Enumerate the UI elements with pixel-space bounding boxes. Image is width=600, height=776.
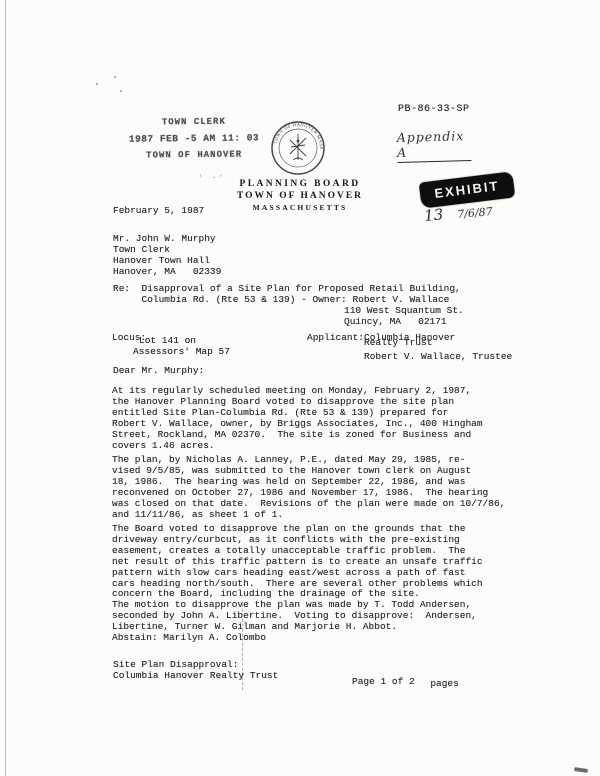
scan-corner-mark (574, 767, 588, 773)
scan-edge-line (5, 0, 6, 776)
subject-line: Re: Disapproval of a Site Plan for Propo… (113, 284, 461, 306)
received-stamp-line1: TOWN CLERK (118, 116, 270, 128)
case-number: PB-86-33-SP (398, 105, 470, 116)
owner-address: 110 West Squantum St. Quincy, MA 02171 (344, 306, 464, 328)
svg-text:TOWN OF HANOVER MASS.: TOWN OF HANOVER MASS. (269, 119, 324, 149)
letter-date: February 5, 1987 (113, 206, 204, 217)
page-number-word: pages (430, 678, 459, 689)
locus-line2: Assessors' Map 57 (133, 347, 230, 358)
letterhead: PLANNING BOARD TOWN OF HANOVER MASSACHUS… (220, 179, 380, 212)
received-stamp-line3: TOWN OF HANOVER (118, 149, 270, 161)
page-number: Page 1 of 2 pages (352, 671, 459, 689)
body-paragraph-3: The Board voted to disapprove the plan o… (112, 524, 483, 600)
svg-text:· · · · · · ·: · · · · · · · (304, 162, 320, 176)
body-paragraph-4: The motion to disapprove the plan was ma… (112, 600, 477, 644)
seal-arc-text: TOWN OF HANOVER MASS. (269, 119, 324, 149)
letterhead-board: PLANNING BOARD (220, 179, 380, 189)
appendix-handwriting: Appendix A (397, 128, 472, 163)
applicant-trustee: Robert V. Wallace, Trustee (364, 352, 512, 363)
applicant-label: Applicant: (307, 333, 364, 344)
received-stamp: TOWN CLERK 1987 FEB -5 AM 11: 03 TOWN OF… (118, 116, 270, 161)
seal-bottom-text: · · · · · · · (304, 162, 320, 176)
scanned-letter-page: TOWN CLERK 1987 FEB -5 AM 11: 03 TOWN OF… (0, 0, 600, 776)
scan-speck (120, 90, 122, 92)
scan-speck (114, 76, 116, 78)
exhibit-date: 7/6/87 (457, 205, 493, 221)
applicant-value: Columbia Hanover Realty Trust Robert V. … (364, 333, 512, 363)
scan-speck (96, 83, 98, 85)
exhibit-number: 13 (423, 205, 444, 225)
received-stamp-line2: 1987 FEB -5 AM 11: 03 (118, 132, 270, 145)
body-paragraph-1: At its regularly scheduled meeting on Mo… (112, 386, 483, 451)
town-seal-icon: TOWN OF HANOVER MASS. · · · · · · · (269, 119, 327, 182)
body-paragraph-2: The plan, by Nicholas A. Lanney, P.E., d… (112, 455, 505, 520)
letterhead-town: TOWN OF HANOVER (220, 191, 380, 201)
footer-identifier: Site Plan Disapproval: Columbia Hanover … (113, 660, 278, 682)
seal-figure (290, 134, 306, 160)
letterhead-state: MASSACHUSETTS (220, 203, 380, 212)
recipient-address: Mr. John W. Murphy Town Clerk Hanover To… (113, 234, 221, 278)
salutation: Dear Mr. Murphy: (113, 366, 204, 377)
page-number-text: Page 1 of 2 (352, 676, 415, 687)
